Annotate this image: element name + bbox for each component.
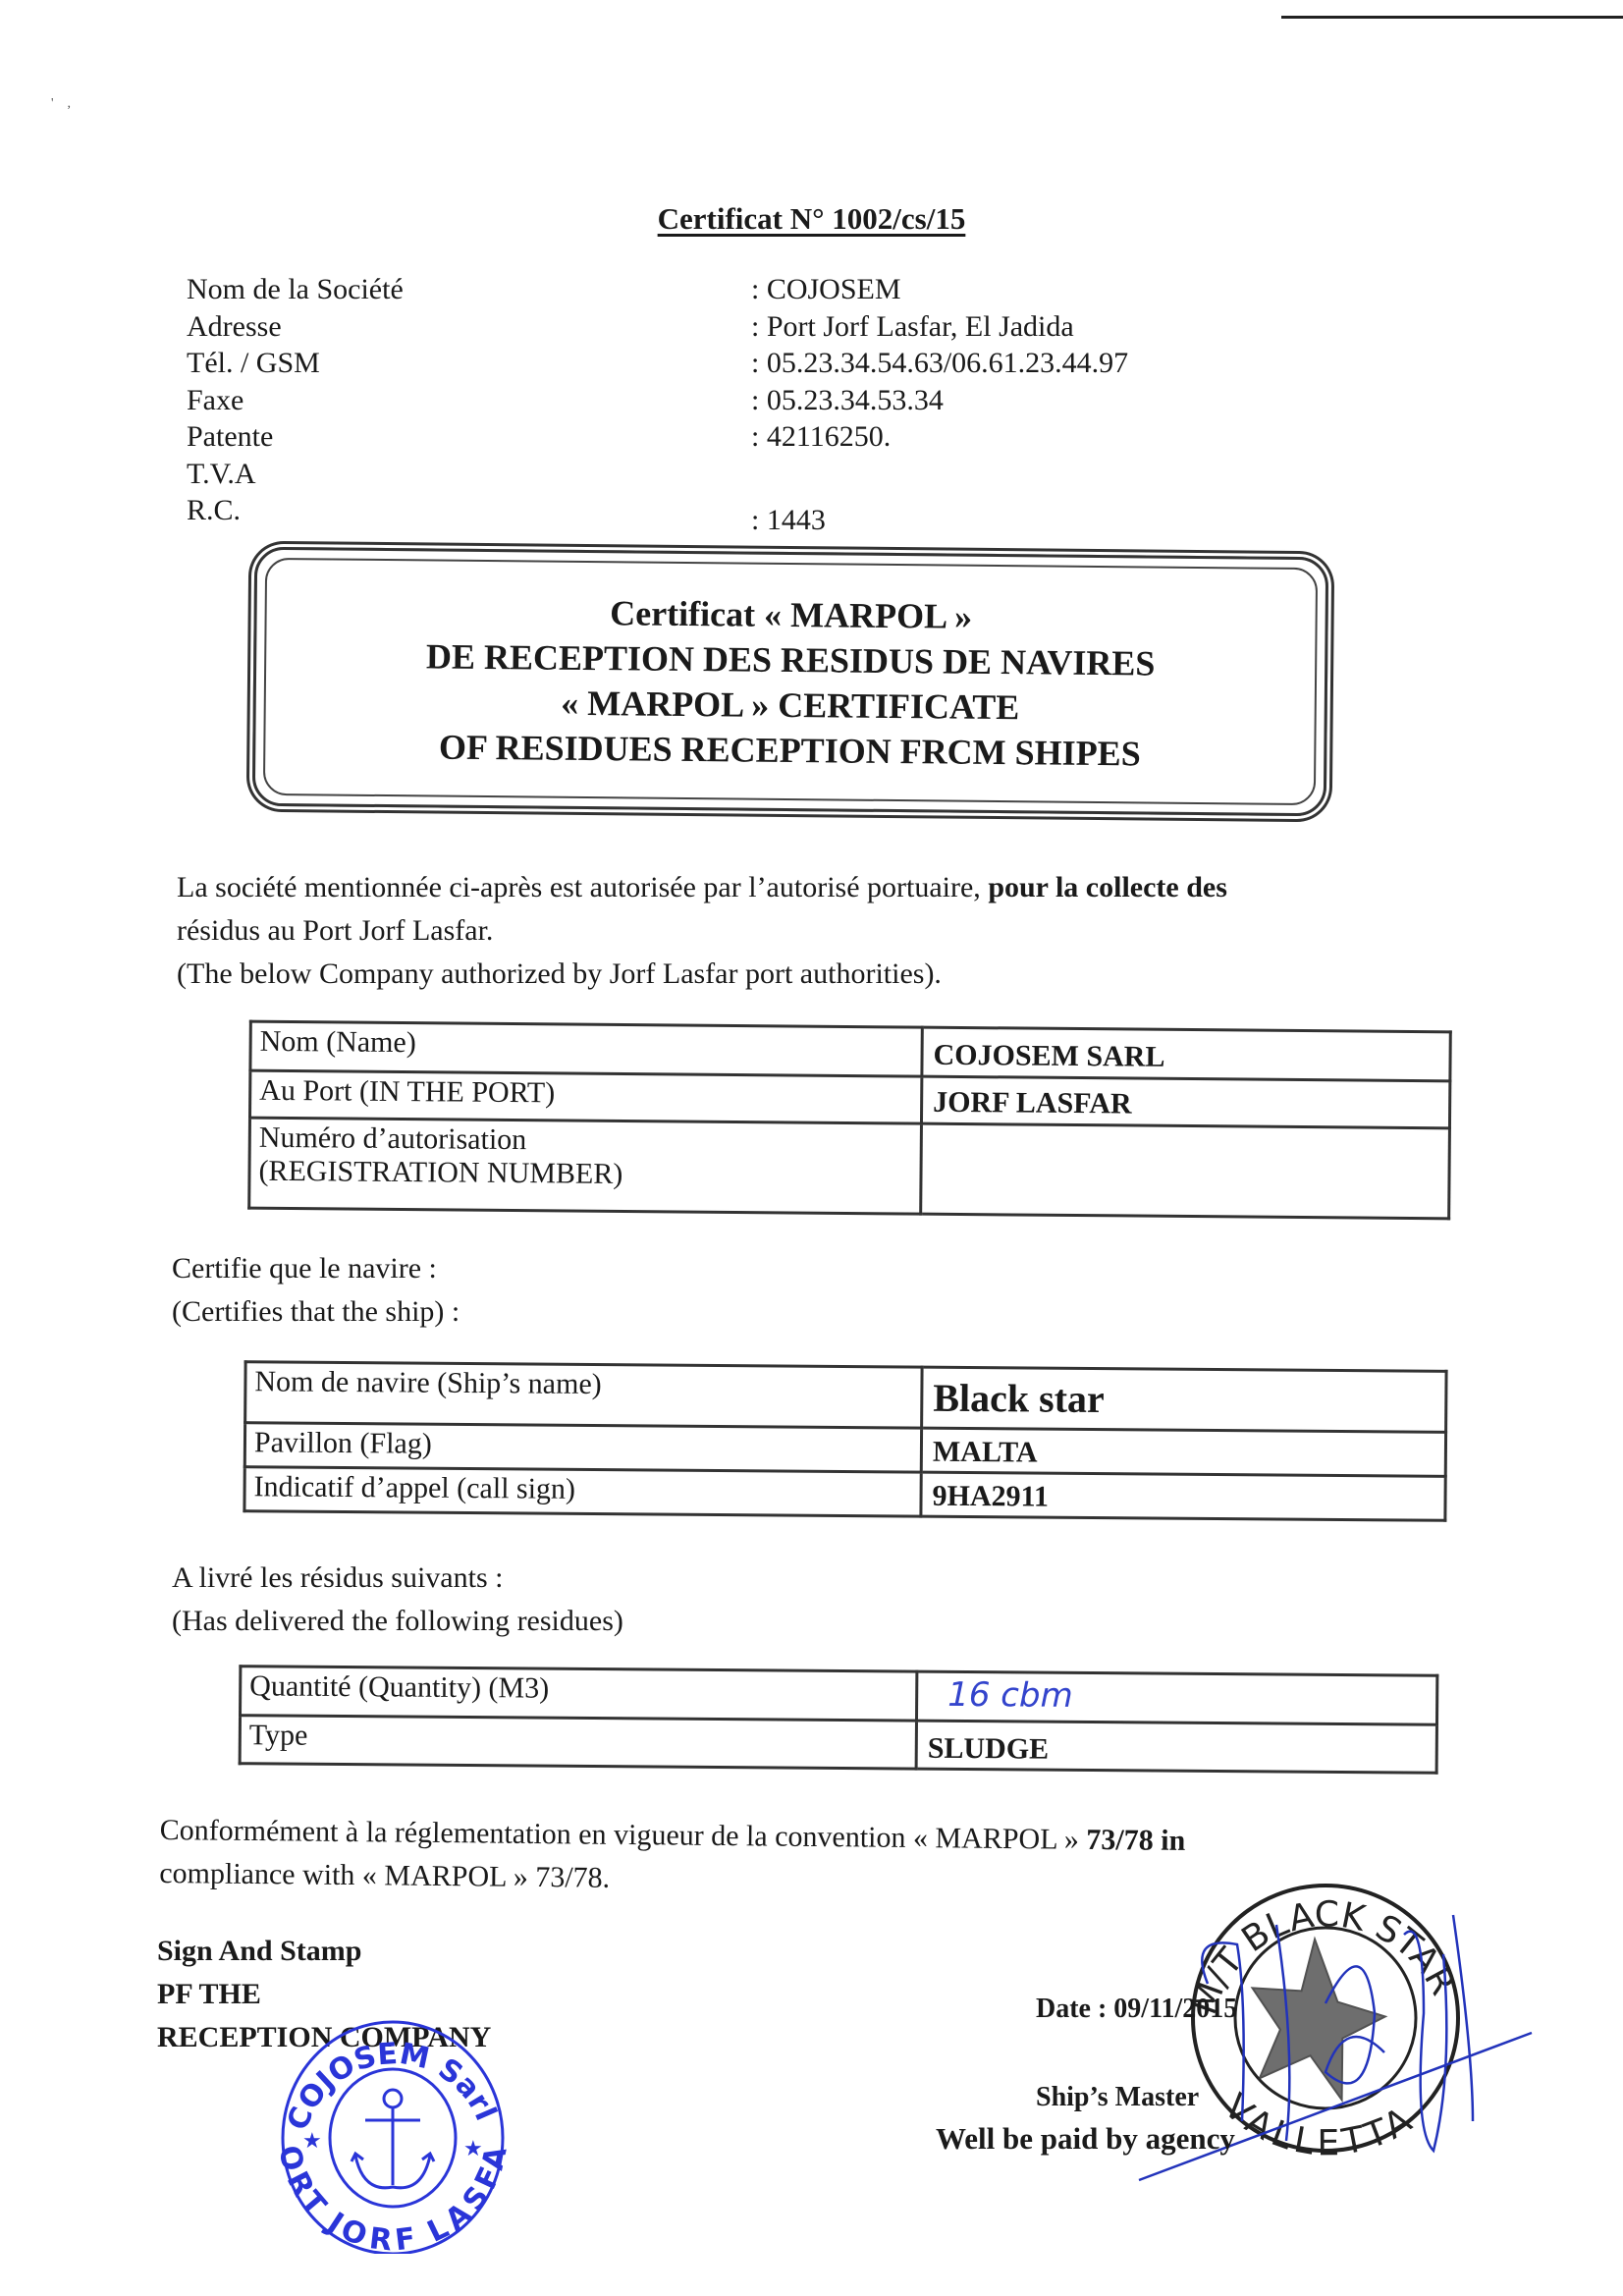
scan-specks: ' , [51, 96, 71, 112]
ship-intro-fr: Certifie que le navire : [172, 1247, 460, 1290]
table-label: Nom de navire (Ship’s name) [245, 1362, 922, 1428]
type-value: SLUDGE [916, 1721, 1436, 1773]
quantity-value-handwritten: 16 cbm [916, 1671, 1436, 1724]
company-stamp-icon: COJOSEM Sarl PORT JORF LASFAR ★ ★ [275, 2018, 511, 2254]
signature-icon [1129, 1895, 1542, 2210]
info-row-tva: T.V.A [187, 456, 1128, 493]
info-label: T.V.A [187, 456, 751, 493]
ship-name-value: Black star [922, 1367, 1446, 1432]
info-row-fax: Faxe : 05.23.34.53.34 [187, 382, 1128, 419]
info-label: Tél. / GSM [187, 345, 751, 382]
info-label: Nom de la Société [187, 271, 751, 308]
table-label-line: Numéro d’autorisation [259, 1121, 912, 1161]
intro-fr-text: La société mentionnée ci-après est autor… [177, 871, 988, 903]
info-label: Adresse [187, 308, 751, 346]
table-label-line: (REGISTRATION NUMBER) [258, 1155, 911, 1194]
info-value: : 05.23.34.53.34 [751, 382, 944, 419]
info-label: Patente [187, 418, 751, 456]
compliance-bold: 73/78 in [1086, 1824, 1185, 1857]
certificate-number: Certificat N° 1002/cs/15 [0, 201, 1623, 237]
table-value: JORF LASFAR [921, 1076, 1449, 1128]
table-label: Au Port (IN THE PORT) [249, 1070, 921, 1123]
svg-text:★: ★ [463, 2137, 483, 2161]
residue-table: Quantité (Quantity) (M3) 16 cbm Type SLU… [239, 1665, 1439, 1775]
payment-note: Well be paid by agency [936, 2121, 1235, 2157]
intro-en: (The below Company authorized by Jorf La… [177, 953, 1404, 996]
sign-line: PF THE [157, 1973, 491, 2016]
table-row: Nom de navire (Ship’s name) Black star [245, 1362, 1446, 1433]
info-row-patente: Patente : 42116250. [187, 418, 1128, 456]
certificate-title-box: Certificat « MARPOL » DE RECEPTION DES R… [252, 547, 1328, 816]
info-value: : 1443 [751, 502, 826, 529]
info-row-name: Nom de la Société : COJOSEM [187, 271, 1128, 308]
table-label: Quantité (Quantity) (M3) [241, 1667, 917, 1721]
info-value: : COJOSEM [751, 271, 901, 308]
call-sign-value: 9HA2911 [921, 1472, 1445, 1520]
table-value: COJOSEM SARL [922, 1027, 1450, 1081]
company-info: Nom de la Société : COJOSEM Adresse : Po… [187, 271, 1128, 529]
table-row: Indicatif d’appel (call sign) 9HA2911 [244, 1467, 1445, 1521]
compliance-text: Conformément à la réglementation en vigu… [160, 1814, 1087, 1856]
svg-text:★: ★ [302, 2129, 322, 2154]
info-value: : 42116250. [751, 418, 891, 456]
residue-intro-fr: A livré les résidus suivants : [172, 1557, 623, 1600]
registration-number-value [921, 1123, 1450, 1219]
info-row-address: Adresse : Port Jorf Lasfar, El Jadida [187, 308, 1128, 346]
intro-fr-line2: résidus au Port Jorf Lasfar. [177, 909, 1404, 953]
info-label: R.C. [187, 492, 751, 529]
table-label: Type [240, 1716, 916, 1769]
table-label: Indicatif d’appel (call sign) [244, 1467, 921, 1516]
residue-intro-en: (Has delivered the following residues) [172, 1600, 623, 1643]
table-label: Pavillon (Flag) [244, 1423, 921, 1472]
residue-intro: A livré les résidus suivants : (Has deli… [172, 1557, 623, 1643]
intro-paragraph: La société mentionnée ci-après est autor… [177, 866, 1404, 996]
scan-edge-line [1281, 16, 1623, 19]
ship-table: Nom de navire (Ship’s name) Black star P… [243, 1360, 1447, 1522]
certificate-number-text: Certificat N° 1002/cs/15 [658, 201, 966, 236]
intro-fr-line1: La société mentionnée ci-après est autor… [177, 866, 1404, 909]
certificate-title: Certificat « MARPOL » DE RECEPTION DES R… [255, 587, 1325, 778]
info-row-rc: R.C. : 1443 [187, 492, 1128, 529]
date-field: Date : 09/11/2015 [1036, 1994, 1237, 2025]
table-label: Nom (Name) [250, 1021, 922, 1076]
sign-line: Sign And Stamp [157, 1930, 491, 1973]
table-label: Numéro d’autorisation (REGISTRATION NUMB… [249, 1118, 922, 1214]
info-value: : Port Jorf Lasfar, El Jadida [751, 308, 1074, 346]
ships-master-label: Ship’s Master [1036, 2082, 1199, 2113]
info-label: Faxe [187, 382, 751, 419]
table-row: Numéro d’autorisation (REGISTRATION NUMB… [249, 1118, 1450, 1219]
intro-fr-bold: pour la collecte des [988, 871, 1227, 903]
anchor-icon [352, 2090, 434, 2188]
ship-intro-en: (Certifies that the ship) : [172, 1290, 460, 1334]
flag-value: MALTA [921, 1428, 1445, 1476]
table-row: Type SLUDGE [240, 1716, 1436, 1774]
company-table: Nom (Name) COJOSEM SARL Au Port (IN THE … [247, 1020, 1452, 1221]
info-row-phone: Tél. / GSM : 05.23.34.54.63/06.61.23.44.… [187, 345, 1128, 382]
ship-intro: Certifie que le navire : (Certifies that… [172, 1247, 460, 1334]
info-value: : 05.23.34.54.63/06.61.23.44.97 [751, 345, 1128, 382]
